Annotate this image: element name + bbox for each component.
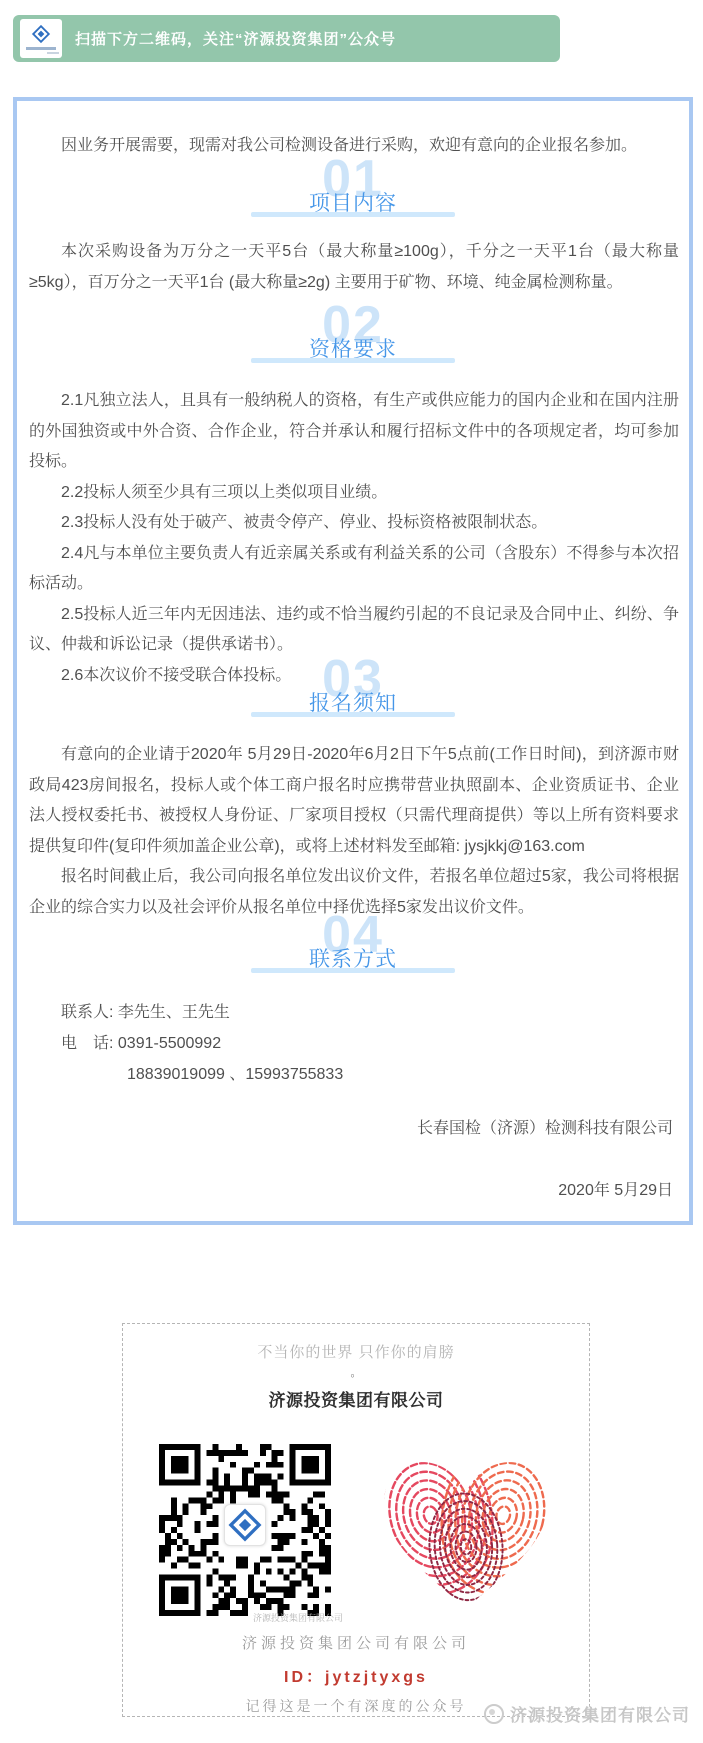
- qr-center-logo: [224, 1504, 266, 1546]
- signature-date: 2020年 5月29日: [558, 1177, 673, 1200]
- paragraph: 2.2投标人须至少具有三项以上类似项目业绩。: [17, 478, 689, 509]
- watermark-logo-icon: [484, 1704, 504, 1724]
- signature-company: 长春国检（济源）检测科技有限公司: [417, 1115, 673, 1138]
- section-title: 资格要求: [309, 333, 397, 363]
- footer-tagline: 不当你的世界 只作你的肩膀: [123, 1341, 589, 1362]
- contact-mobiles: 18839019099 、15993755833: [127, 1059, 689, 1090]
- section-title: 项目内容: [309, 187, 397, 217]
- company-logo: [20, 19, 62, 58]
- section-header-04: 04 联系方式: [17, 913, 689, 973]
- logo-caption-line: [47, 52, 59, 54]
- diamond-logo-icon: [225, 1505, 265, 1545]
- follow-banner[interactable]: 扫描下方二维码，关注“济源投资集团”公众号: [13, 15, 560, 62]
- fingerprint-heart-image: [373, 1442, 559, 1620]
- section-header-02: 02 资格要求: [17, 303, 689, 363]
- page-watermark: 济源投资集团有限公司: [484, 1701, 690, 1726]
- footer-public-id: ID：jytzjtyxgs: [123, 1664, 589, 1687]
- watermark-text: 济源投资集团有限公司: [510, 1701, 690, 1726]
- footer-card: 不当你的世界 只作你的肩膀 。 济源投资集团有限公司 济源投资集团有限公司: [122, 1323, 590, 1717]
- qr-code: 济源投资集团有限公司: [159, 1444, 331, 1616]
- paragraph: 2.1凡独立法人，且具有一般纳税人的资格，有生产或供应能力的国内企业和在国内注册…: [17, 386, 689, 478]
- section-title: 报名须知: [309, 687, 397, 717]
- section-title: 联系方式: [309, 943, 397, 973]
- section-01-body: 本次采购设备为万分之一天平5台（最大称量≥100g），千分之一天平1台（最大称量…: [17, 237, 689, 298]
- section-03-body: 有意向的企业请于2020年 5月29日-2020年6月2日下午5点前(工作日时间…: [17, 740, 689, 923]
- footer-dot: 。: [123, 1368, 589, 1379]
- contact-block: 联系人: 李先生、王先生 电 话: 0391-5500992 188390190…: [17, 997, 689, 1090]
- footer-company-spaced: 济源投资集团公司有限公司: [123, 1632, 589, 1653]
- section-header-01: 01 项目内容: [17, 157, 689, 217]
- paragraph: 本次采购设备为万分之一天平5台（最大称量≥100g），千分之一天平1台（最大称量…: [17, 237, 689, 298]
- contact-person: 联系人: 李先生、王先生: [61, 997, 689, 1028]
- diamond-logo-icon: [30, 23, 52, 45]
- article-card: 因业务开展需要，现需对我公司检测设备进行采购，欢迎有意向的企业报名参加。 01 …: [13, 97, 693, 1225]
- section-header-03: 03 报名须知: [17, 657, 689, 717]
- logo-caption-line: [26, 47, 56, 50]
- paragraph: 2.3投标人没有处于破产、被责令停产、停业、投标资格被限制状态。: [17, 508, 689, 539]
- banner-text: 扫描下方二维码，关注“济源投资集团”公众号: [75, 28, 396, 49]
- paragraph: 2.4凡与本单位主要负责人有近亲属关系或有利益关系的公司（含股东）不得参与本次招…: [17, 539, 689, 600]
- contact-phone: 电 话: 0391-5500992: [61, 1028, 689, 1059]
- footer-company-name: 济源投资集团有限公司: [123, 1386, 589, 1411]
- qr-watermark: 济源投资集团有限公司: [253, 1611, 343, 1624]
- section-02-body: 2.1凡独立法人，且具有一般纳税人的资格，有生产或供应能力的国内企业和在国内注册…: [17, 386, 689, 691]
- paragraph: 有意向的企业请于2020年 5月29日-2020年6月2日下午5点前(工作日时间…: [17, 740, 689, 862]
